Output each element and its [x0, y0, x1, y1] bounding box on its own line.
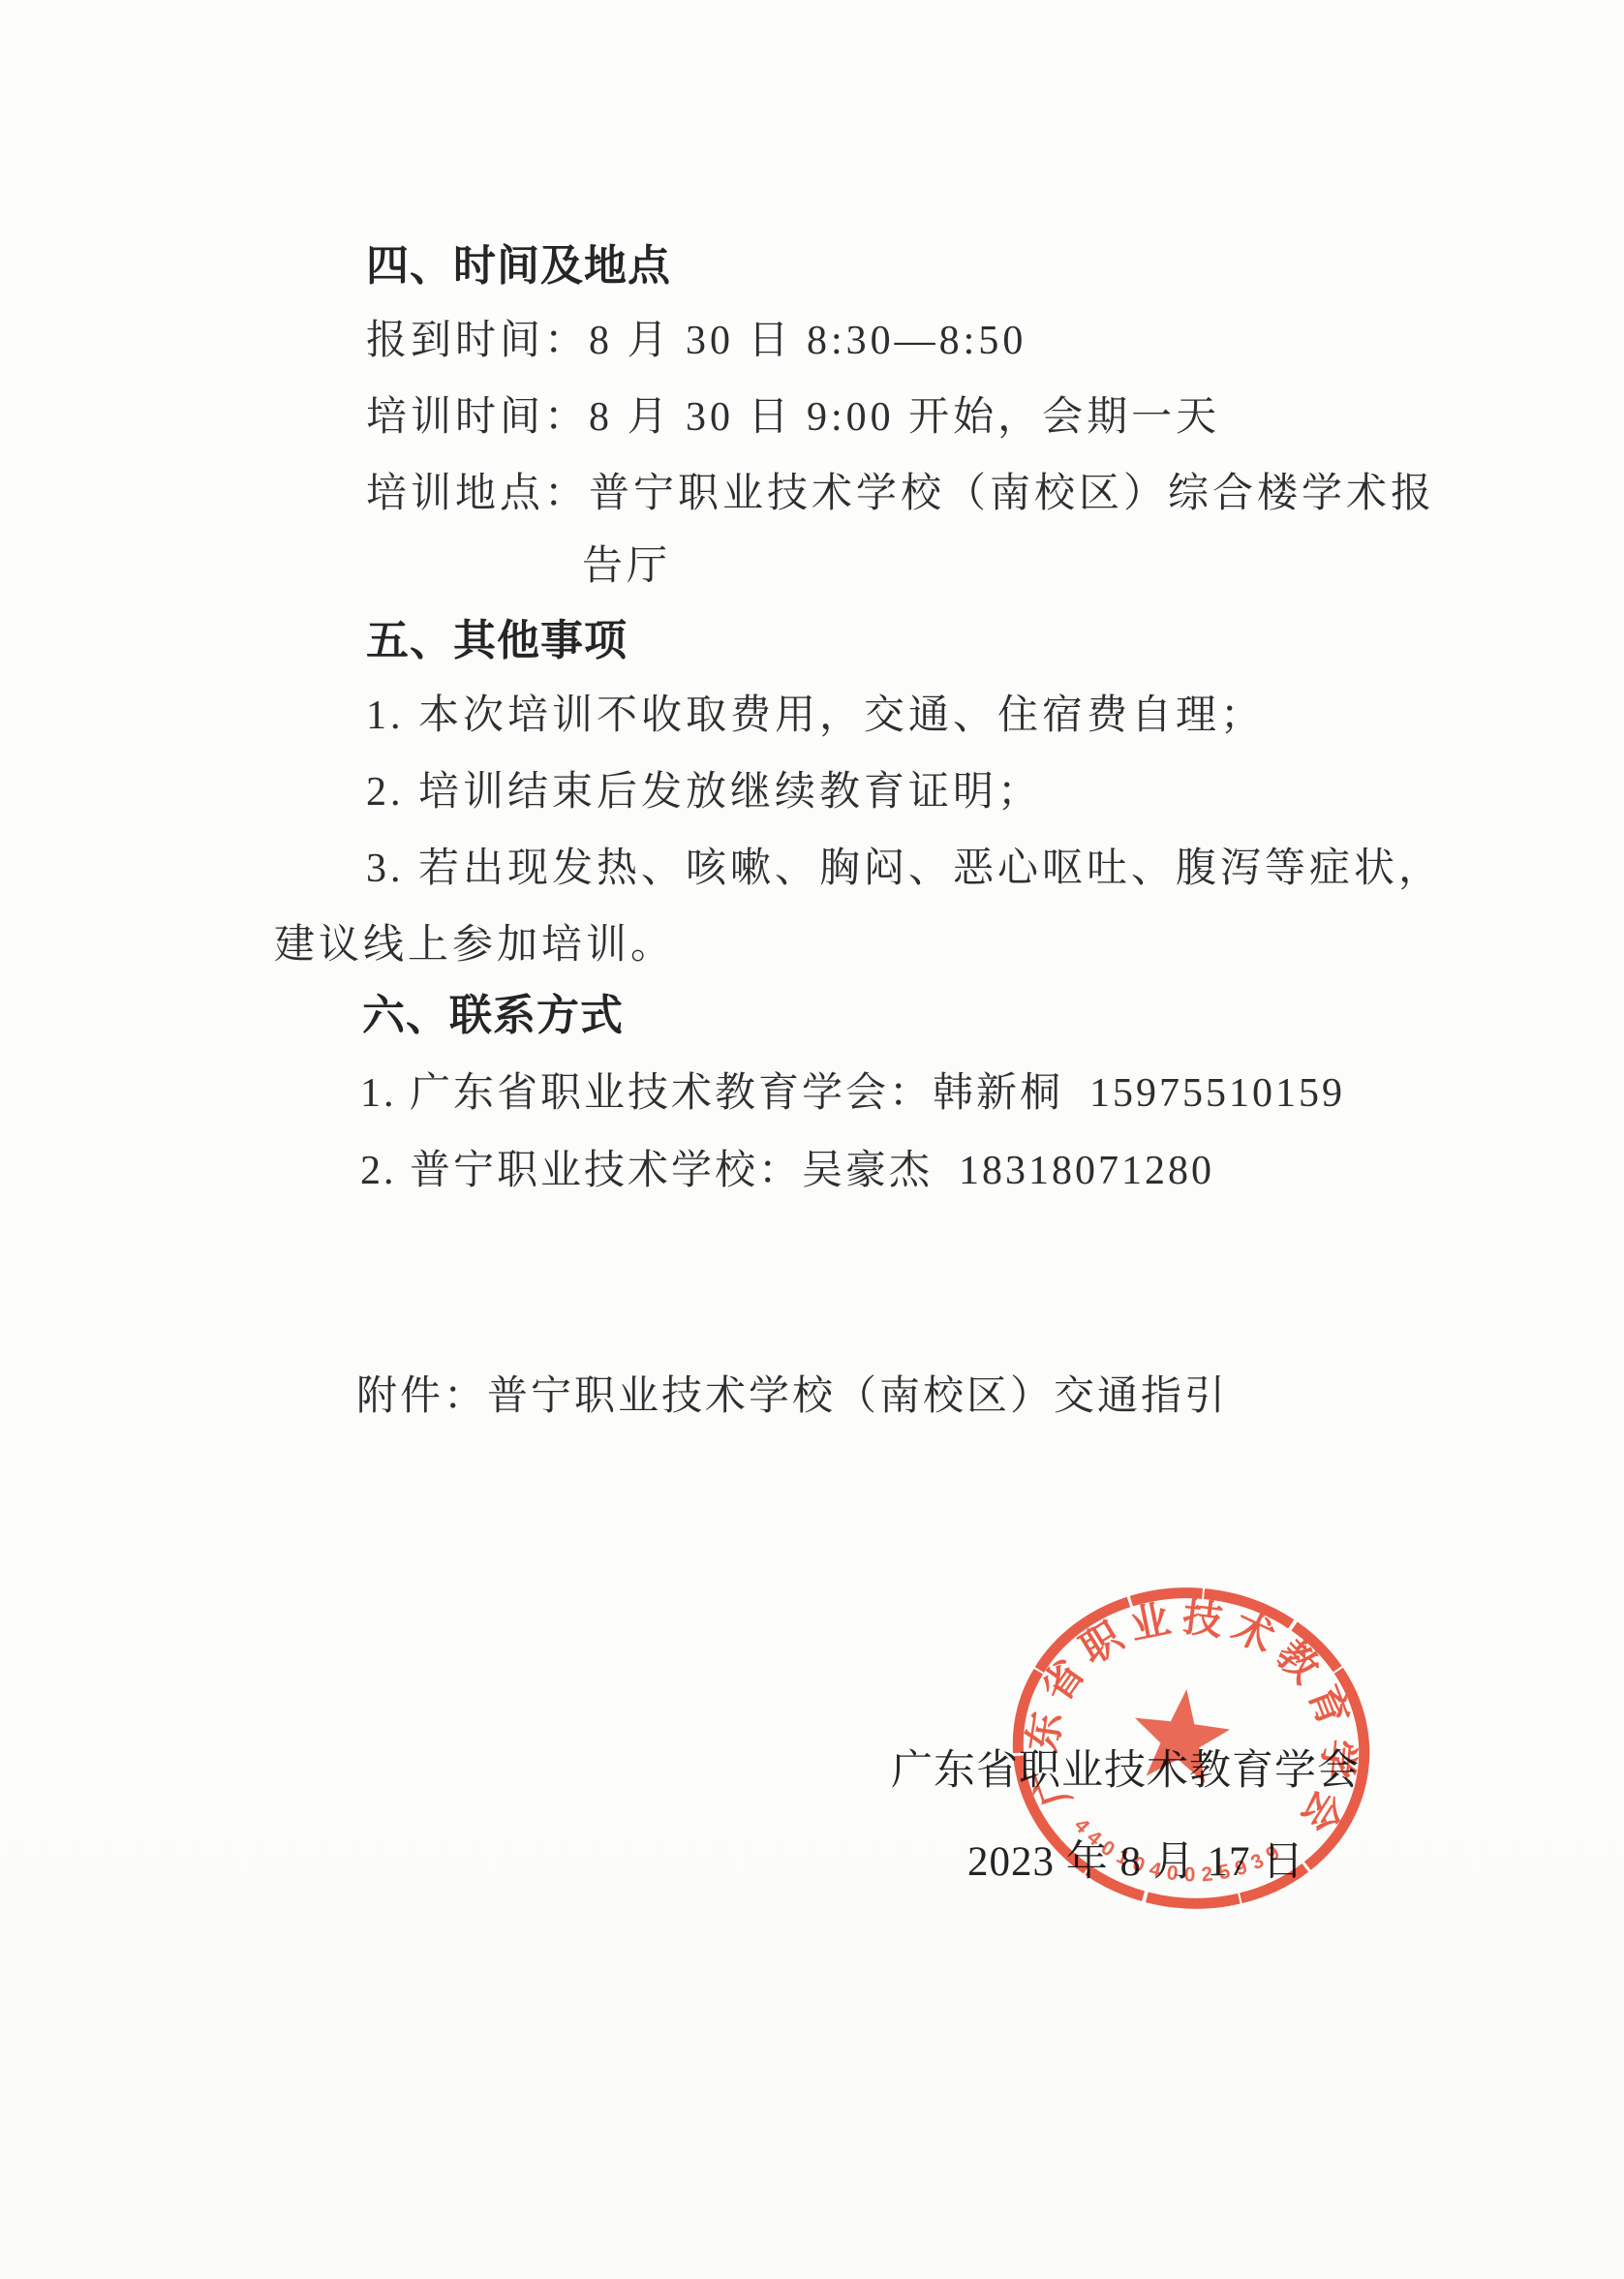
- training-time-line: 培训时间：8 月 30 日 9:00 开始，会期一天: [366, 385, 1220, 443]
- seal-serial-number: 4401040025939: [1064, 1812, 1291, 1898]
- checkin-time-line: 报到时间：8 月 30 日 8:30—8:50: [366, 308, 1026, 366]
- svg-text:广东省职业技术教育学会: 广东省职业技术教育学会: [1012, 1583, 1375, 1850]
- training-location-line: 培训地点：普宁职业技术学校（南校区）综合楼学术报: [366, 461, 1435, 519]
- section4-heading: 四、时间及地点: [366, 231, 671, 293]
- section5-item2: 2. 培训结束后发放继续教育证明；: [366, 759, 1042, 817]
- section6-heading: 六、联系方式: [362, 980, 624, 1042]
- attachment-line: 附件：普宁职业技术学校（南校区）交通指引: [356, 1364, 1228, 1422]
- training-location-wrap-line: 告厅: [582, 534, 671, 592]
- section5-item3-wrap: 建议线上参加培训。: [274, 912, 675, 970]
- official-seal: 广东省职业技术教育学会 4401040025939: [1007, 1583, 1375, 1916]
- section6-contact2: 2. 普宁职业技术学校：吴豪杰 18318071280: [360, 1138, 1214, 1196]
- section5-item1: 1. 本次培训不收取费用，交通、住宿费自理；: [366, 683, 1265, 741]
- section5-heading: 五、其他事项: [366, 605, 628, 667]
- section5-item3: 3. 若出现发热、咳嗽、胸闷、恶心呕吐、腹泻等症状，: [366, 836, 1443, 894]
- svg-text:4401040025939: 4401040025939: [1064, 1812, 1291, 1898]
- section6-contact1: 1. 广东省职业技术教育学会：韩新桐 15975510159: [360, 1061, 1345, 1119]
- document-page: 四、时间及地点 报到时间：8 月 30 日 8:30—8:50 培训时间：8 月…: [0, 0, 1624, 2279]
- seal-star-icon: [1128, 1683, 1235, 1785]
- seal-arc-text: 广东省职业技术教育学会: [1012, 1583, 1375, 1850]
